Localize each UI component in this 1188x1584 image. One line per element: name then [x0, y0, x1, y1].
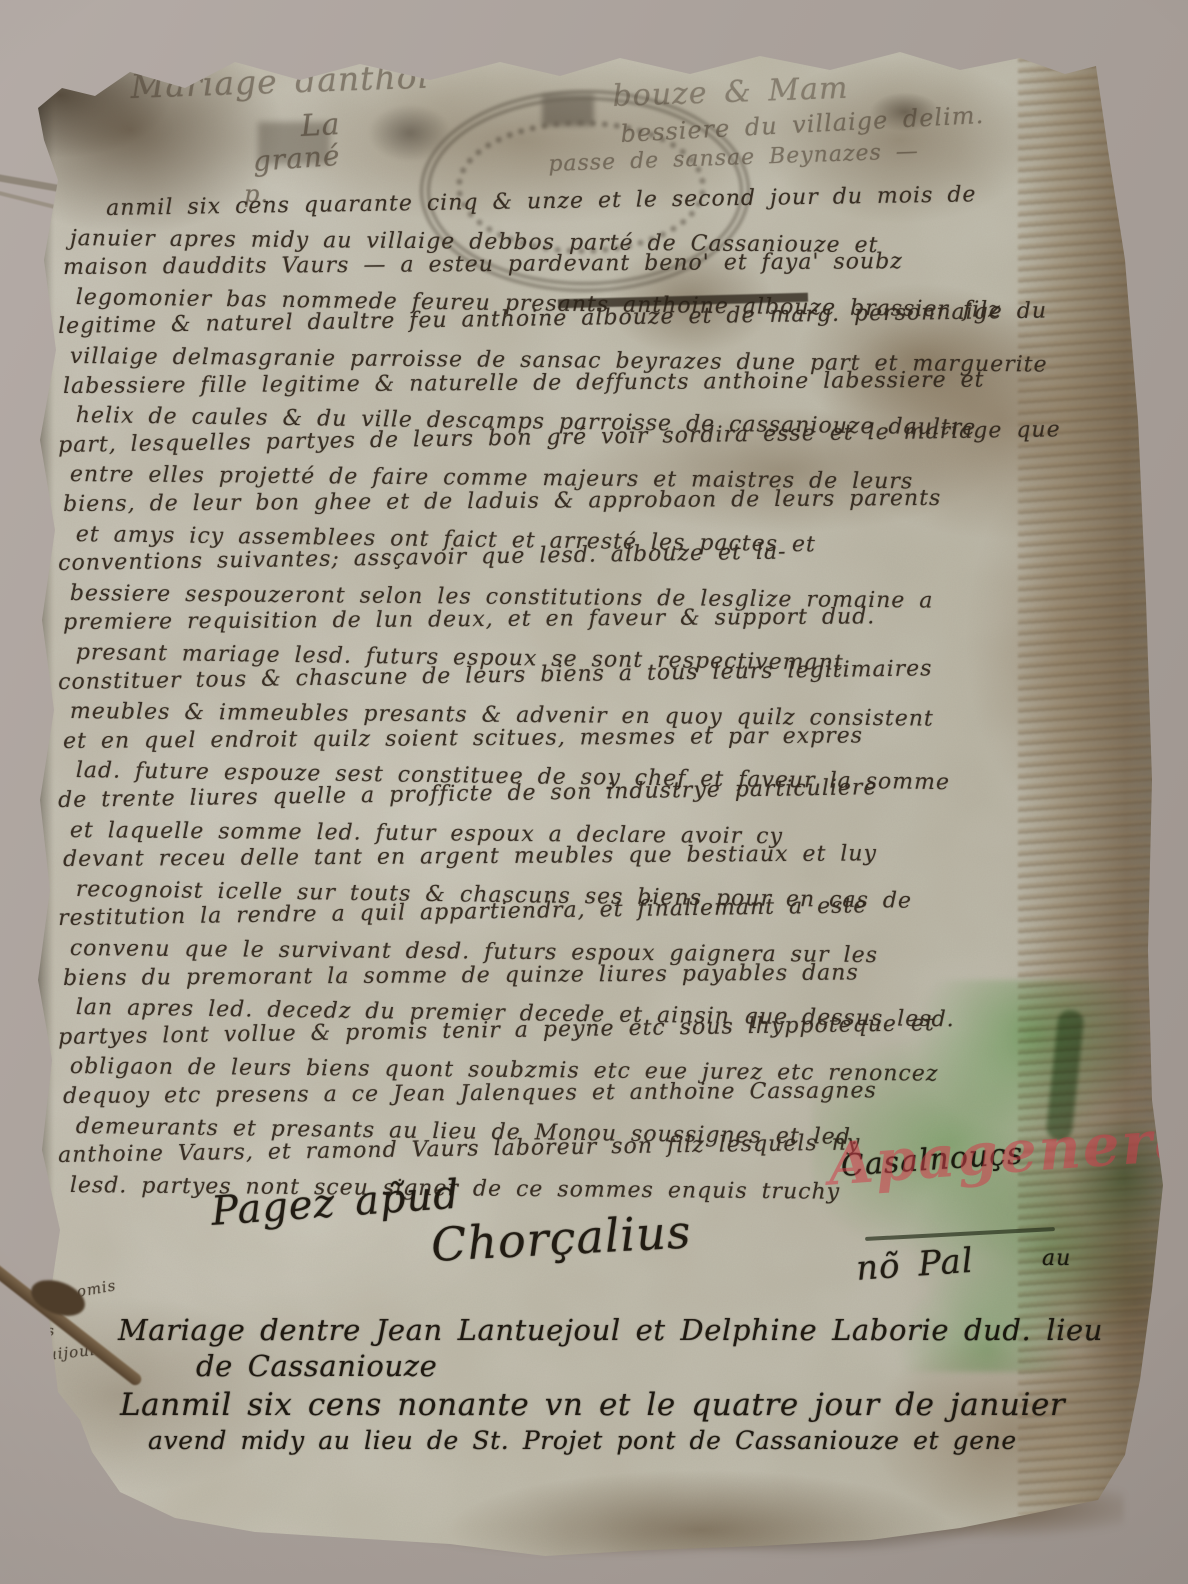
header-line: grané: [252, 142, 341, 176]
body-line: devant receu delle tant en argent meuble…: [63, 843, 877, 871]
header-line: La: [300, 110, 341, 142]
body-line: maison dauddits Vaurs — a esteu pardevan…: [63, 251, 903, 279]
photograph-background: Mariage danthoibouze & MamLabessiere du …: [0, 0, 1188, 1584]
bottom-entry-line: Lanmil six cens nonante vn et le quatre …: [120, 1390, 1065, 1421]
signature: Chorçalius: [430, 1208, 692, 1268]
body-line: et en quel endroit quilz soient scitues,…: [63, 725, 863, 753]
bottom-entry-line: de Cassaniouze: [196, 1352, 437, 1381]
manuscript-page: Mariage danthoibouze & MamLabessiere du …: [0, 0, 1188, 1584]
binding-edge: [26, 60, 54, 1485]
body-line: biens du premorant la somme de quinze li…: [63, 962, 859, 990]
body-line: premiere requisition de lun deux, et en …: [63, 606, 875, 634]
header-line: Mariage danthoi: [130, 60, 430, 103]
margin-note: aprẽs: [10, 1324, 56, 1344]
stamp-crown-mark: [368, 104, 452, 162]
body-line: dequoy etc presens a ce Jean Jalenques e…: [63, 1080, 877, 1108]
stamp-text-mark: [542, 94, 594, 126]
bottom-entry-line: avend midy au lieu de St. Projet pont de…: [148, 1428, 1017, 1453]
body-line: biens, de leur bon ghee et de laduis & a…: [63, 488, 941, 516]
header-line: bouze & Mam: [612, 74, 849, 112]
